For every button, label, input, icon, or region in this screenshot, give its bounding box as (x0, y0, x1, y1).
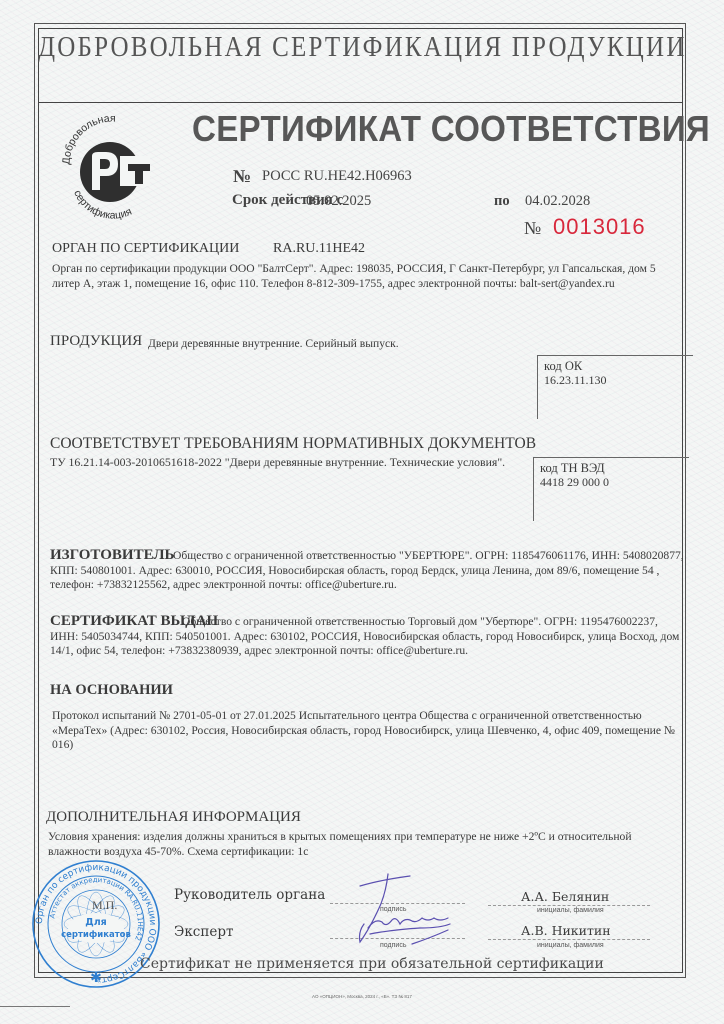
manufacturer-details: Общество с ограниченной ответственностью… (50, 549, 686, 593)
requirements-document: ТУ 16.21.14-003-2010651618-2022 "Двери д… (50, 455, 505, 470)
voluntary-use-note: Сертификат не применяется при обязательн… (140, 956, 604, 972)
requirements-heading: СООТВЕТСТВУЕТ ТРЕБОВАНИЯМ НОРМАТИВНЫХ ДО… (50, 435, 536, 453)
tn-ved-label: код ТН ВЭД (540, 461, 689, 475)
svg-text:✱: ✱ (90, 971, 102, 986)
head-name-caption: инициалы, фамилия (537, 907, 604, 914)
page-edge-line (0, 1006, 70, 1007)
expert-name-caption: инициалы, фамилия (537, 942, 604, 949)
product-heading: ПРОДУКЦИЯ (50, 333, 142, 350)
head-name-line (488, 905, 650, 906)
ok-code-box: код ОК 16.23.11.130 (537, 355, 693, 419)
head-of-body-label: Руководитель органа (174, 887, 325, 903)
valid-from-date: 05.02.2025 (306, 193, 371, 210)
header-divider (38, 102, 683, 103)
stamp-place-label: М.П. (92, 898, 117, 913)
product-description: Двери деревянные внутренние. Серийный вы… (148, 337, 399, 350)
rst-logo-icon: Добровольная сертификация (56, 112, 168, 224)
certification-body-details: Орган по сертификации продукции ООО "Бал… (52, 262, 672, 291)
voluntary-certification-title: ДОБРОВОЛЬНАЯ СЕРТИФИКАЦИЯ ПРОДУКЦИИ (38, 32, 683, 64)
tn-ved-code-box: код ТН ВЭД 4418 29 000 0 (533, 457, 689, 521)
handwritten-signature (330, 872, 480, 952)
certification-body-heading: ОРГАН ПО СЕРТИФИКАЦИИ (52, 241, 239, 257)
certification-body-code: RA.RU.11HE42 (273, 241, 365, 257)
blank-number-sign: № (524, 218, 541, 239)
issued-to-details: Общество с ограниченной ответственностью… (50, 615, 686, 659)
valid-to-date: 04.02.2028 (525, 193, 590, 210)
basis-details: Протокол испытаний № 2701-05-01 от 27.01… (52, 709, 682, 753)
basis-heading: НА ОСНОВАНИИ (50, 682, 173, 699)
registration-number: РОСС RU.HE42.H06963 (262, 168, 412, 185)
additional-info-heading: ДОПОЛНИТЕЛЬНАЯ ИНФОРМАЦИЯ (46, 809, 301, 826)
svg-text:Для: Для (85, 917, 107, 928)
expert-name-line (488, 939, 650, 940)
svg-text:сертификатов: сертификатов (61, 930, 131, 940)
expert-label: Эксперт (174, 924, 233, 940)
head-name: А.А. Белянин (521, 889, 609, 904)
valid-to-label: по (494, 193, 510, 210)
blank-serial-number: 0013016 (553, 214, 646, 240)
ok-code-value: 16.23.11.130 (544, 373, 693, 387)
tn-ved-value: 4418 29 000 0 (540, 475, 689, 489)
certificate-title: СЕРТИФИКАТ СООТВЕТСТВИЯ (192, 108, 710, 150)
number-sign: № (233, 166, 251, 187)
expert-name: А.В. Никитин (521, 923, 611, 938)
printer-imprint: АО «ОПЦИОН», Москва, 2024 г., «Б». ТЗ № … (0, 994, 724, 999)
ok-code-label: код ОК (544, 359, 693, 373)
additional-info-details: Условия хранения: изделия должны хранить… (48, 830, 678, 859)
